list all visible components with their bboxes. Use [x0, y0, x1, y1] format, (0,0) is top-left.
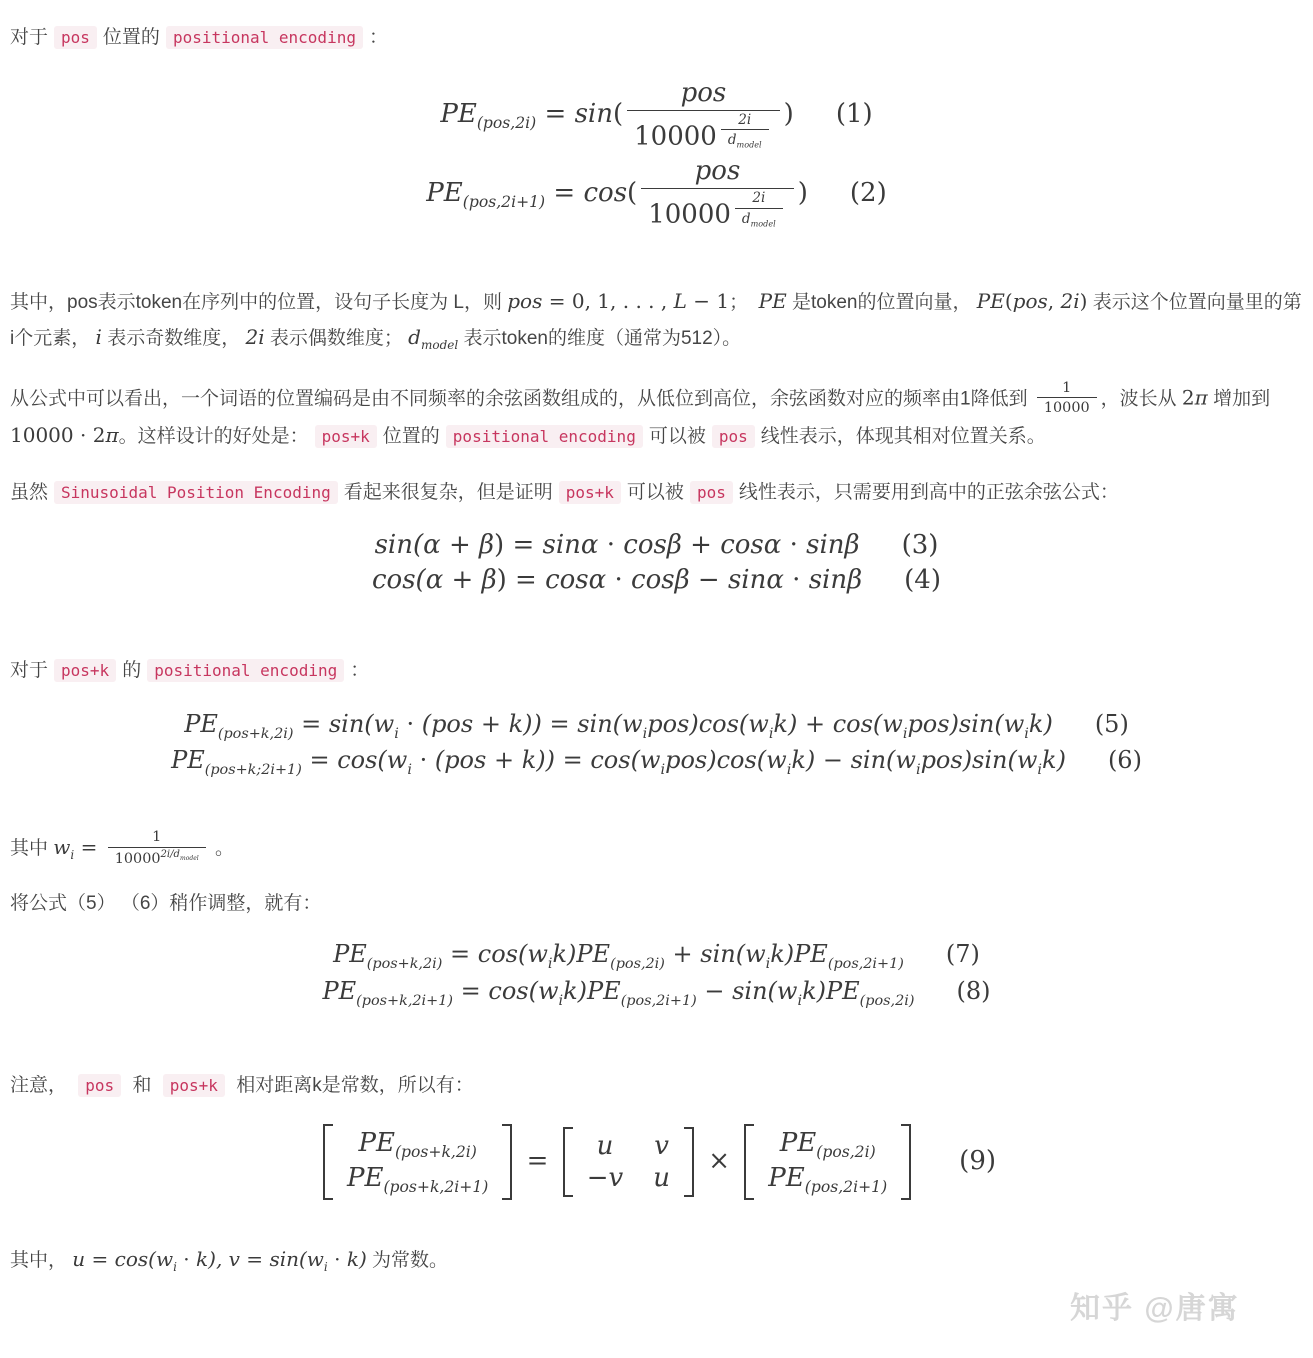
math-variable: PE — [768, 1163, 804, 1193]
math-variable: k)PE — [770, 940, 828, 968]
inline-math: 2i — [245, 325, 264, 349]
math-subscript: (pos+k,2i) — [218, 725, 294, 741]
math-operator: − — [587, 1163, 609, 1193]
equation-body: PE(pos,2i) = sin(pos100002idmodel) — [440, 99, 793, 129]
math-variable: PE — [184, 710, 218, 738]
math-variable: (pos,2i+1) — [463, 193, 545, 211]
math-variable: sinα — [543, 530, 599, 560]
fraction-numerator: 2i — [735, 191, 783, 208]
math-operator: ( — [627, 178, 637, 208]
math-fraction: pos100002idmodel — [641, 157, 794, 230]
inline-math: 110000 — [1033, 385, 1101, 409]
text-run: 对于 — [10, 660, 48, 681]
math-variable: model — [421, 338, 458, 352]
matrix-cell: −v — [587, 1163, 624, 1193]
math-variable: (pos+k,2i+1) — [383, 1178, 488, 1196]
math-operator: = — [240, 1247, 269, 1271]
equation-row: PE(pos+k,2i) = cos(wik)PE(pos,2i) + sin(… — [10, 940, 1303, 971]
equation-block-3-4: sin(α + β) = sinα · cosβ + cosα · sinβ(3… — [10, 530, 1303, 595]
inline-code: pos — [712, 425, 755, 448]
math-fraction: 2idmodel — [721, 113, 769, 149]
math-operator: + — [665, 940, 700, 968]
math-variable: sin(α — [375, 530, 441, 560]
text-run: 其中， — [10, 1250, 72, 1271]
text-run: 位置的 — [383, 426, 440, 447]
math-variable: pos — [681, 78, 727, 108]
inline-math: dmodel — [408, 325, 458, 349]
math-subscript: (pos+k,2i) — [367, 956, 443, 972]
equation-body: PE(pos,2i+1) = cos(pos100002idmodel) — [426, 178, 808, 208]
text-run: ，波长从 — [1101, 388, 1182, 409]
math-operator: = — [542, 289, 571, 313]
math-variable: PE — [333, 940, 367, 968]
equation-block-7-8: PE(pos+k,2i) = cos(wik)PE(pos,2i) + sin(… — [10, 940, 1303, 1007]
equation-row: PE(pos+k,2i+1) = cos(wik)PE(pos,2i+1) − … — [10, 977, 1303, 1008]
math-number: 10000 — [115, 850, 161, 866]
paragraph-constants: 其中， u = cos(wi · k), v = sin(wi · k) 为常数… — [10, 1242, 1303, 1278]
math-variable: sinβ — [806, 530, 859, 560]
math-number: 10000 — [10, 423, 74, 447]
math-operator: · — [328, 1247, 347, 1271]
matrix-cell: u — [597, 1131, 614, 1161]
math-variable: model — [180, 855, 199, 862]
math-variable: (pos — [422, 710, 474, 738]
math-subscript: (pos,2i) — [816, 1144, 875, 1162]
math-number: 1 — [716, 289, 729, 313]
math-operator: = — [555, 746, 590, 774]
matrix-cell: PE(pos+k,2i+1) — [347, 1163, 488, 1196]
text-run: 表示奇数维度， — [102, 328, 246, 349]
math-operator: = — [536, 99, 574, 129]
math-variable: PE — [347, 1163, 383, 1193]
inline-code: pos — [690, 481, 733, 504]
math-matrix: PE(pos+k,2i)PE(pos+k,2i+1) — [323, 1124, 512, 1200]
fraction-numerator: pos — [641, 157, 794, 188]
math-variable: sin(w — [851, 746, 916, 774]
math-variable: k) — [791, 746, 815, 774]
math-subscript: (pos,2i+1) — [621, 992, 697, 1008]
math-operator: · — [784, 565, 809, 595]
inline-code: pos+k — [163, 1074, 225, 1097]
matrix-cell: PE(pos+k,2i) — [358, 1128, 476, 1161]
math-variable: (pos,2i) — [477, 115, 536, 133]
math-operator: = — [302, 746, 337, 774]
math-operator: − — [687, 289, 716, 313]
matrix-right-bracket — [502, 1124, 512, 1200]
text-run: 。这样设计的好处是： — [119, 426, 309, 447]
math-number: 10000 — [1044, 400, 1090, 416]
math-variable: (pos+k,2i+1) — [356, 992, 453, 1008]
math-variable: w — [53, 835, 70, 859]
matrix-right-bracket — [684, 1127, 694, 1197]
inline-math: wi = 1100002i/dmodel — [53, 835, 209, 859]
equation-tag: (8) — [956, 977, 990, 1005]
equation-tag: (2) — [850, 178, 887, 208]
math-operator: · — [598, 530, 623, 560]
fraction-denominator: 100002idmodel — [641, 188, 794, 231]
inline-code: pos — [54, 26, 97, 49]
math-operator: + — [682, 530, 720, 560]
math-variable: 2i — [1060, 289, 1079, 313]
inline-code: positional encoding — [147, 659, 344, 682]
text-run: 注意， — [10, 1075, 72, 1096]
math-variable: π — [1195, 385, 1208, 409]
matrix-cells: PE(pos,2i)PE(pos,2i+1) — [754, 1124, 901, 1200]
math-variable: model — [737, 140, 762, 150]
math-variable: L — [674, 289, 687, 313]
fraction-denominator: dmodel — [735, 208, 783, 228]
text-run: 其中 — [10, 838, 53, 859]
math-variable: (pos,2i+1) — [621, 992, 697, 1008]
text-run: 从公式中可以看出，一个词语的位置编码是由不同频率的余弦函数组成的，从低位到高位，… — [10, 388, 1033, 409]
fraction-denominator: 100002i/dmodel — [108, 847, 206, 868]
math-variable: k)PE — [553, 940, 611, 968]
math-operator: + — [797, 710, 832, 738]
math-operator: ( — [1005, 289, 1013, 313]
math-variable: k)PE — [563, 977, 621, 1005]
math-variable: pos)cos(w — [665, 746, 787, 774]
math-operator: − — [697, 977, 732, 1005]
math-variable: cosα — [545, 565, 606, 595]
math-operator: = — [442, 940, 477, 968]
text-run: 和 — [127, 1075, 157, 1096]
text-run: 看起来很复杂，但是证明 — [344, 482, 553, 503]
matrix-left-bracket — [563, 1127, 573, 1197]
math-variable: d — [742, 211, 751, 227]
math-variable: k)) — [509, 710, 542, 738]
equation-tag: (6) — [1108, 746, 1142, 774]
inline-code: pos+k — [559, 481, 621, 504]
math-variable: pos)sin(w — [921, 746, 1038, 774]
text-run: 的 — [122, 660, 141, 681]
math-variable: sin(w — [577, 710, 642, 738]
fraction-denominator: dmodel — [721, 129, 769, 149]
math-operator: = — [453, 977, 488, 1005]
math-subscript: model — [421, 338, 458, 352]
inline-code: positional encoding — [446, 425, 643, 448]
paragraph-frequency: 从公式中可以看出，一个词语的位置编码是由不同频率的余弦函数组成的，从低位到高位，… — [10, 380, 1303, 454]
text-run: 线性表示，只需要用到高中的正弦余弦公式： — [739, 482, 1119, 503]
text-run: 可以被 — [627, 482, 684, 503]
equation-body: PE(pos+k,2i) = cos(wik)PE(pos,2i) + sin(… — [333, 940, 904, 968]
math-variable: (pos+k;2i+1) — [205, 762, 302, 778]
math-number: 10000 — [634, 121, 717, 151]
math-operator: · — [606, 565, 631, 595]
math-operator: = — [74, 835, 103, 859]
math-operator: ) — [784, 99, 794, 129]
math-variable: β — [479, 530, 494, 560]
math-variable: (pos+k,2i) — [367, 956, 443, 972]
equation-block-1-2: PE(pos,2i) = sin(pos100002idmodel)(1)PE(… — [10, 79, 1303, 231]
fraction-denominator: 100002idmodel — [627, 110, 780, 153]
equation-tag: (3) — [902, 530, 939, 560]
math-subscript: (pos+k;2i+1) — [205, 762, 302, 778]
equation-body: PE(pos+k;2i+1) = cos(wi · (pos + k)) = c… — [171, 746, 1066, 774]
math-number: 1 — [1062, 380, 1071, 396]
article-body: 对于pos位置的positional encoding： PE(pos,2i) … — [0, 22, 1313, 1278]
math-variable: (pos — [435, 746, 487, 774]
math-operator: − — [815, 746, 850, 774]
math-variable: d — [728, 132, 737, 148]
math-operator: , — [1048, 289, 1061, 313]
math-variable: k) — [1042, 746, 1066, 774]
math-variable: v — [654, 1131, 669, 1161]
math-operator: · — [781, 530, 806, 560]
equation-body: sin(α + β) = sinα · cosβ + cosα · sinβ — [375, 530, 860, 560]
math-variable: PE — [759, 289, 787, 313]
math-variable: k), v — [196, 1247, 240, 1271]
math-number: 2 — [93, 423, 106, 447]
math-variable: u — [597, 1131, 614, 1161]
inline-code: pos+k — [315, 425, 377, 448]
paragraph-where-wi: 其中 wi = 1100002i/dmodel 。 — [10, 829, 1303, 868]
math-variable: v — [609, 1163, 624, 1193]
math-variable: PE — [171, 746, 205, 774]
math-variable: pos)sin(w — [907, 710, 1024, 738]
math-subscript: model — [751, 218, 776, 228]
math-variable: 2i/d — [161, 849, 180, 860]
math-variable: u — [72, 1247, 85, 1271]
paragraph-note: 注意， pos 和 pos+k 相对距离k是常数，所以有： — [10, 1070, 1303, 1103]
math-variable: sin(w — [329, 710, 394, 738]
math-operator: − — [690, 565, 728, 595]
inline-math: pos = 0, 1, . . . , L − 1 — [507, 289, 729, 313]
math-variable: π — [105, 423, 118, 447]
math-operator: + — [441, 530, 479, 560]
equation-body: PE(pos+k,2i+1) = cos(wik)PE(pos,2i+1) − … — [323, 977, 915, 1005]
math-variable: PE — [780, 1128, 816, 1158]
math-matrix: PE(pos,2i)PE(pos,2i+1) — [744, 1124, 911, 1200]
math-operator: = — [545, 178, 583, 208]
math-subscript: (pos,2i) — [860, 992, 915, 1008]
math-operator: + — [486, 746, 521, 774]
math-subscript: model — [737, 140, 762, 150]
text-run: 表示偶数维度； — [265, 328, 409, 349]
math-variable: 2i — [245, 325, 264, 349]
fraction-numerator: 1 — [108, 829, 206, 847]
math-fraction: pos100002idmodel — [627, 79, 780, 152]
math-subscript: (pos+k,2i+1) — [383, 1178, 488, 1196]
math-operator: · — [74, 423, 93, 447]
math-variable: sin — [575, 99, 613, 129]
text-run: 。 — [210, 838, 234, 859]
math-operator: ) = — [494, 530, 542, 560]
math-operator: = — [293, 710, 328, 738]
matrix-cell: u — [653, 1163, 670, 1193]
math-operator: , . . . , — [610, 289, 674, 313]
math-superscript: 2i/dmodel — [161, 849, 199, 860]
math-variable: cos(w — [488, 977, 558, 1005]
text-run: 可以被 — [649, 426, 706, 447]
math-variable: PE — [323, 977, 357, 1005]
paragraph-although: 虽然Sinusoidal Position Encoding看起来很复杂，但是证… — [10, 477, 1303, 510]
math-variable: u — [653, 1163, 670, 1193]
watermark: 知乎 @唐寓 — [1070, 1283, 1240, 1327]
math-matrix: uv−vu — [563, 1127, 694, 1197]
matrix-cell: PE(pos,2i) — [780, 1128, 876, 1161]
inline-code: positional encoding — [166, 26, 363, 49]
math-variable: (pos,2i) — [816, 1144, 875, 1162]
equation-block-5-6: PE(pos+k,2i) = sin(wi · (pos + k)) = sin… — [10, 710, 1303, 777]
matrix-cells: PE(pos+k,2i)PE(pos+k,2i+1) — [333, 1124, 502, 1200]
math-variable: k)PE — [802, 977, 860, 1005]
math-variable: cos(w — [833, 710, 903, 738]
math-subscript: (pos,2i+1) — [463, 193, 545, 211]
math-variable: (pos+k,2i) — [218, 725, 294, 741]
math-variable: cos(α — [372, 565, 443, 595]
math-operator: = — [542, 710, 577, 738]
math-variable: k) — [347, 1247, 367, 1271]
math-variable: 2i — [752, 190, 765, 206]
matrix-cell: PE(pos,2i+1) — [768, 1163, 887, 1196]
equation-body: PE(pos+k,2i) = sin(wi · (pos + k)) = sin… — [184, 710, 1053, 738]
inline-math: PE — [759, 289, 787, 313]
text-run: 位置的 — [103, 27, 160, 48]
math-operator: + — [473, 710, 508, 738]
math-variable: d — [408, 325, 421, 349]
math-operator: ) = — [497, 565, 545, 595]
equation-body: PE(pos+k,2i)PE(pos+k,2i+1) = uv−vu × PE(… — [317, 1146, 917, 1176]
math-operator: + — [443, 565, 481, 595]
math-variable: sinβ — [809, 565, 862, 595]
math-variable: PE — [358, 1128, 394, 1158]
equation-row: PE(pos+k,2i)PE(pos+k,2i+1) = uv−vu × PE(… — [10, 1124, 1303, 1200]
math-number: 1 — [597, 289, 610, 313]
math-variable: k)) — [522, 746, 555, 774]
math-number: 0 — [572, 289, 585, 313]
equation-row: PE(pos+k;2i+1) = cos(wi · (pos + k)) = c… — [10, 746, 1303, 777]
matrix-cells: uv−vu — [573, 1127, 684, 1197]
math-variable: PE — [426, 178, 462, 208]
inline-math: PE(pos, 2i) — [977, 289, 1088, 313]
math-variable: sinα — [728, 565, 784, 595]
math-number: 1 — [152, 829, 161, 845]
fraction-denominator: 10000 — [1037, 397, 1097, 417]
inline-code: Sinusoidal Position Encoding — [54, 481, 338, 504]
math-subscript: (pos+k,2i+1) — [356, 992, 453, 1008]
math-operator: × — [700, 1146, 738, 1176]
math-variable: sin(w — [700, 940, 765, 968]
math-subscript: (pos,2i+1) — [805, 1178, 887, 1196]
math-variable: pos)cos(w — [647, 710, 769, 738]
text-run: 其中，pos表示token在序列中的位置，设句子长度为 L，则 — [10, 292, 507, 313]
fraction-numerator: 1 — [1037, 380, 1097, 398]
math-operator: , — [585, 289, 598, 313]
equation-tag: (9) — [959, 1146, 996, 1176]
math-variable: (pos+k,2i) — [395, 1144, 477, 1162]
math-variable: β — [482, 565, 497, 595]
math-variable: pos — [1013, 289, 1048, 313]
matrix-left-bracket — [744, 1124, 754, 1200]
inline-math: 2π — [1182, 385, 1208, 409]
text-run: 是token的位置向量， — [787, 292, 977, 313]
equation-tag: (1) — [836, 99, 873, 129]
paragraph-for-pos-k: 对于pos+k的positional encoding： — [10, 655, 1303, 688]
paragraph-adjust: 将公式（5） （6）稍作调整，就有： — [10, 888, 1303, 921]
math-variable: k) — [773, 710, 797, 738]
text-run: 为常数。 — [367, 1250, 448, 1271]
math-variable: k) — [1029, 710, 1053, 738]
inline-math: 10000 · 2π — [10, 423, 119, 447]
matrix-right-bracket — [901, 1124, 911, 1200]
math-fraction: 2idmodel — [735, 191, 783, 227]
math-variable: cos(w — [478, 940, 548, 968]
text-run: 表示token的维度（通常为512）。 — [458, 328, 741, 349]
equation-row: sin(α + β) = sinα · cosβ + cosα · sinβ(3… — [10, 530, 1303, 560]
math-variable: 2i — [738, 112, 751, 128]
text-run: 对于 — [10, 27, 48, 48]
text-run: 虽然 — [10, 482, 48, 503]
paragraph-intro: 对于pos位置的positional encoding： — [10, 22, 1303, 55]
equation-tag: (5) — [1095, 710, 1129, 738]
math-fraction: 1100002i/dmodel — [108, 829, 206, 868]
text-run: 相对距离k是常数，所以有： — [231, 1075, 474, 1096]
fraction-numerator: pos — [627, 79, 780, 110]
math-variable: cos — [583, 178, 627, 208]
math-subscript: (pos,2i+1) — [828, 956, 904, 972]
math-variable: (pos,2i+1) — [828, 956, 904, 972]
text-run: ； — [729, 292, 759, 313]
equation-tag: (7) — [946, 940, 980, 968]
math-variable: PE — [977, 289, 1005, 313]
math-variable: PE — [440, 99, 476, 129]
math-operator: · — [412, 746, 435, 774]
math-variable: cos(w — [590, 746, 660, 774]
inline-code: pos+k — [54, 659, 116, 682]
text-run: ： — [369, 27, 388, 48]
math-number: 10000 — [648, 199, 731, 229]
equation-row: PE(pos,2i+1) = cos(pos100002idmodel)(2) — [10, 157, 1303, 230]
math-operator: · — [399, 710, 422, 738]
fraction-numerator: 2i — [721, 113, 769, 130]
math-subscript: model — [180, 855, 199, 862]
math-subscript: (pos,2i) — [610, 956, 665, 972]
inline-math: u = cos(wi · k), v = sin(wi · k) — [72, 1247, 366, 1271]
math-variable: sin(w — [269, 1247, 323, 1271]
math-subscript: (pos+k,2i) — [395, 1144, 477, 1162]
math-operator: = — [518, 1146, 556, 1176]
text-run: 线性表示，体现其相对位置关系。 — [761, 426, 1046, 447]
equation-tag: (4) — [904, 565, 941, 595]
math-operator: = — [85, 1247, 114, 1271]
math-variable: pos — [507, 289, 542, 313]
math-variable: cos(w — [115, 1247, 173, 1271]
math-operator: · — [177, 1247, 196, 1271]
math-superscript: 2idmodel — [731, 201, 787, 217]
equation-block-9: PE(pos+k,2i)PE(pos+k,2i+1) = uv−vu × PE(… — [10, 1124, 1303, 1200]
text-run: ： — [350, 660, 369, 681]
math-operator: ( — [613, 99, 623, 129]
text-run: 增加到 — [1208, 388, 1276, 409]
math-variable: sin(w — [732, 977, 797, 1005]
equation-row: cos(α + β) = cosα · cosβ − sinα · sinβ(4… — [10, 565, 1303, 595]
math-variable: model — [751, 218, 776, 228]
equation-row: PE(pos+k,2i) = sin(wi · (pos + k)) = sin… — [10, 710, 1303, 741]
math-fraction: 110000 — [1037, 380, 1097, 418]
math-operator: ) — [798, 178, 808, 208]
math-variable: cosβ — [631, 565, 690, 595]
math-variable: (pos,2i) — [610, 956, 665, 972]
math-superscript: 2idmodel — [717, 122, 773, 138]
math-variable: (pos,2i+1) — [805, 1178, 887, 1196]
equation-body: cos(α + β) = cosα · cosβ − sinα · sinβ — [372, 565, 862, 595]
inline-code: pos — [78, 1074, 121, 1097]
math-variable: cos(w — [337, 746, 407, 774]
math-variable: cosα — [720, 530, 781, 560]
matrix-left-bracket — [323, 1124, 333, 1200]
math-variable: (pos,2i) — [860, 992, 915, 1008]
text-run: 将公式（5） （6）稍作调整，就有： — [10, 893, 321, 914]
